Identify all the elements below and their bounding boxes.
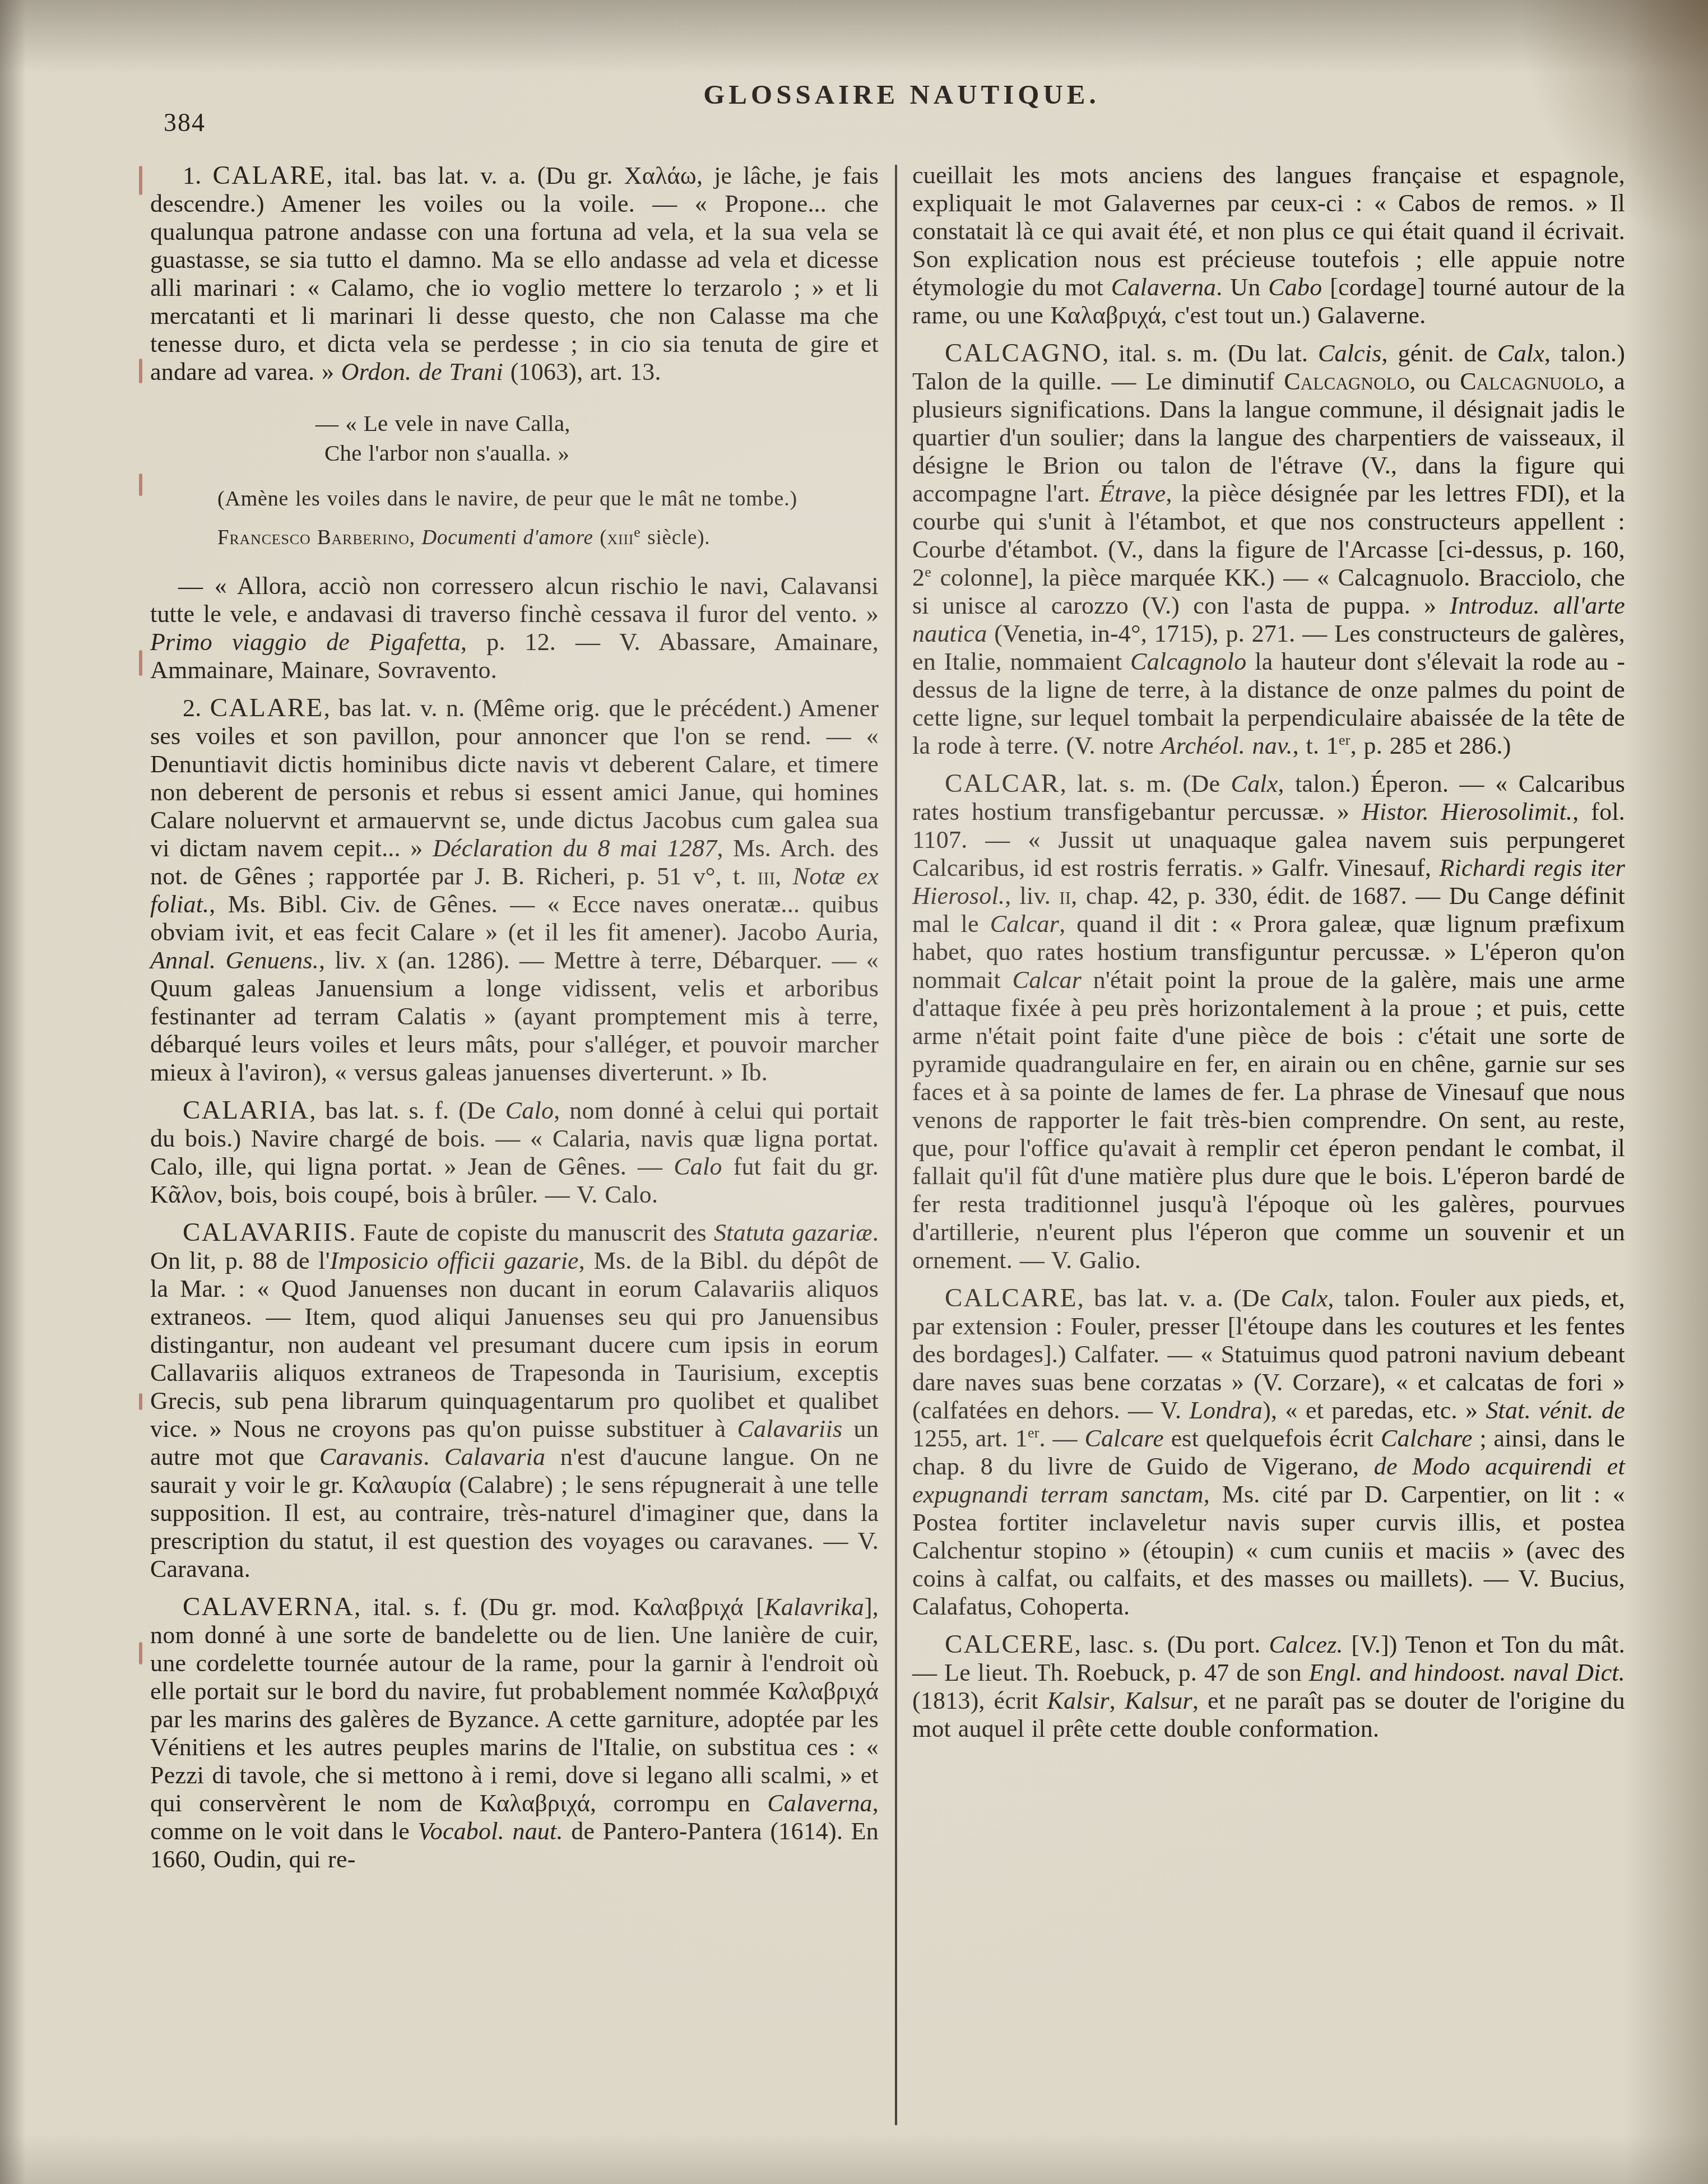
column-continuation: cueillait les mots anciens des langues f… (912, 161, 1625, 330)
entry-calare-1: 1. CALARE, ital. bas lat. v. a. (Du gr. … (150, 161, 879, 386)
text-segment: . (423, 1443, 444, 1471)
text-segment: Calaverna (767, 1789, 872, 1817)
text-segment: Calchare (1381, 1425, 1473, 1452)
entry-calaria: CALARIA, bas lat. s. f. (De Calo, nom do… (150, 1096, 879, 1209)
text-segment: Caravanis (319, 1443, 423, 1471)
text-segment: xiii (607, 526, 634, 549)
quote-pigafetta: — « Allora, acciò non corressero alcun r… (150, 572, 879, 684)
text-segment: Kalsur (1125, 1687, 1192, 1714)
text-segment: Calcagnuolo (1460, 368, 1598, 395)
text-segment: CALCAR (945, 769, 1060, 798)
column-divider-rule (895, 165, 897, 2125)
text-segment: Déclaration du 8 mai 1287 (433, 834, 717, 862)
ink-mark (139, 166, 142, 195)
text-segment: Stat. vénit. de (1486, 1397, 1625, 1424)
text-segment: CALCARE (945, 1283, 1078, 1313)
right-column: cueillait les mots anciens des langues f… (912, 161, 1625, 1874)
text-segment: siècle). (641, 526, 711, 549)
text-segment: 2. (183, 694, 210, 722)
text-segment: er (1028, 1425, 1039, 1441)
text-segment: Calx (1497, 340, 1544, 367)
verse-attribution: Francesco Barberino, Documenti d'amore (… (217, 525, 879, 551)
ink-mark (139, 359, 142, 383)
text-segment: Calcar (990, 910, 1059, 938)
text-segment: , liv. (319, 947, 375, 974)
text-segment: Calx (1231, 770, 1278, 797)
verse-line: Che l'arbor non s'aualla. » (324, 438, 879, 468)
text-segment: (Amène les voiles dans le navire, de peu… (217, 487, 797, 511)
text-segment: 1255, art. 1 (912, 1425, 1028, 1452)
text-segment: . Faute de copiste du manuscrit des (350, 1219, 714, 1246)
entry-calavariis: CALAVARIIS. Faute de copiste du manuscri… (150, 1218, 879, 1583)
text-segment: Calavariis (737, 1415, 842, 1443)
text-segment: Calcis (1318, 340, 1382, 367)
entry-calaverna: CALAVERNA, ital. s. f. (Du gr. mod. Καλα… (150, 1593, 879, 1874)
text-segment: CALARE (210, 693, 324, 722)
text-segment: , t. 1 (1293, 732, 1339, 759)
text-segment: e (925, 564, 931, 580)
text-segment: , ital. bas lat. v. a. (Du gr. Χαλάω, je… (150, 162, 879, 386)
text-segment: CALCERE (945, 1630, 1075, 1659)
text-segment: Londra (1189, 1397, 1263, 1424)
text-segment: Vocabol. naut. (418, 1817, 563, 1845)
text-segment: , p. 285 et 286.) (1350, 732, 1511, 759)
text-segment: , (1110, 1687, 1125, 1714)
text-segment: Calavaria (444, 1443, 545, 1471)
text-segment: , (775, 863, 792, 890)
text-segment: , ou (1409, 368, 1460, 395)
text-segment: CALARIA (183, 1096, 309, 1125)
text-segment: ), « et paredas, etc. » (1263, 1397, 1486, 1424)
text-segment: (1813), écrit (912, 1687, 1047, 1714)
text-segment: Kalavrika (764, 1593, 864, 1621)
text-segment: Primo viaggio de Pigafetta (150, 628, 461, 656)
text-segment: er (1339, 732, 1350, 748)
text-segment: Cabo (1268, 273, 1322, 301)
text-segment: Kalsir (1047, 1687, 1110, 1714)
text-segment: CALCAGNO (945, 339, 1102, 368)
running-title: GLOSSAIRE NAUTIQUE. (0, 78, 1708, 110)
text-segment: Engl. and hindoost. naval Dict. (1309, 1659, 1625, 1686)
text-segment: CALAVERNA (183, 1592, 354, 1621)
text-segment: Calcare (1084, 1425, 1164, 1452)
ink-mark (139, 474, 142, 496)
text-segment: Calcez. (1269, 1631, 1343, 1658)
text-segment: ii (1059, 882, 1071, 910)
text-segment: . Un (1216, 273, 1268, 301)
text-segment: Calo (674, 1153, 722, 1180)
text-segment: CALARE (212, 161, 326, 190)
text-segment: , lat. s. m. (De (1060, 770, 1231, 797)
text-segment: , lasc. s. (Du port. (1075, 1631, 1269, 1658)
text-segment: n'était point la proue de la galère, mai… (912, 966, 1625, 1274)
text-segment: Imposicio officii gazarie (330, 1247, 579, 1274)
text-segment: Calo (505, 1097, 554, 1124)
text-segment: e (634, 524, 640, 540)
entry-calcere: CALCERE, lasc. s. (Du port. Calcez. [V.]… (912, 1630, 1625, 1743)
text-segment: ], nom donné à une sorte de bandelette o… (150, 1593, 879, 1817)
text-segment: , ital. s. m. (Du lat. (1102, 340, 1318, 367)
text-segment: Calcagnolo (1284, 368, 1409, 395)
text-segment: , Ms. Bibl. Civ. de Gênes. — « Ecce nave… (150, 891, 879, 946)
text-segment: Che l'arbor non s'aualla. » (324, 440, 569, 466)
text-segment: Documenti d'amore (421, 526, 593, 549)
text-segment: Calx (1281, 1285, 1328, 1312)
entry-calcagno: CALCAGNO, ital. s. m. (Du lat. Calcis, g… (912, 339, 1625, 760)
text-segment: ( (593, 526, 607, 549)
entry-calare-2: 2. CALARE, bas lat. v. n. (Même orig. qu… (150, 694, 879, 1087)
text-segment: Ordon. de Trani (341, 358, 503, 386)
text-segment: — « Le vele in nave Calla, (315, 410, 570, 436)
text-segment: Archéol. nav. (1161, 732, 1293, 759)
text-segment: , bas lat. v. a. (De (1078, 1285, 1281, 1312)
text-segment: iii (758, 863, 776, 890)
ink-mark (139, 1393, 142, 1410)
text-segment: Calaverna (1111, 273, 1217, 301)
text-segment: 1. (183, 162, 212, 189)
text-segment: est quelquefois écrit (1164, 1425, 1381, 1452)
text-segment: x (375, 947, 388, 974)
text-segment: , liv. (1005, 882, 1059, 910)
text-columns: 1. CALARE, ital. bas lat. v. a. (Du gr. … (150, 161, 1625, 1874)
text-segment: , ital. s. f. (Du gr. mod. Καλαβριχά [ (354, 1593, 764, 1621)
ink-mark (139, 650, 142, 676)
text-segment: — « Allora, acciò non corressero alcun r… (150, 572, 879, 628)
entry-calcare: CALCARE, bas lat. v. a. (De Calx, talon.… (912, 1284, 1625, 1621)
left-column: 1. CALARE, ital. bas lat. v. a. (Du gr. … (150, 161, 879, 1874)
text-segment: , (410, 526, 422, 549)
scanned-book-page: 384 GLOSSAIRE NAUTIQUE. 1. CALARE, ital.… (0, 0, 1708, 2184)
text-segment: Étrave (1099, 480, 1166, 507)
verse-quote: — « Le vele in nave Calla,Che l'arbor no… (315, 409, 879, 468)
text-segment: Francesco Barberino (217, 526, 410, 549)
ink-mark (139, 1642, 142, 1664)
text-segment: (1063), art. 13. (503, 358, 661, 386)
entry-calcar: CALCAR, lat. s. m. (De Calx, talon.) Épe… (912, 769, 1625, 1274)
text-segment: Statuta gazariæ (714, 1219, 872, 1246)
text-segment: , Ms. de la Bibl. du dépôt de la Mar. : … (150, 1247, 879, 1443)
verse-translation: (Amène les voiles dans le navire, de peu… (217, 486, 879, 512)
text-segment: Annal. Genuens. (150, 947, 319, 974)
text-segment: . — (1039, 1425, 1085, 1452)
text-segment: , bas lat. s. f. (De (309, 1097, 505, 1124)
text-segment: Histor. Hierosolimit. (1362, 798, 1572, 826)
text-segment: Calcagnolo (1130, 648, 1246, 675)
text-segment: , génit. de (1382, 340, 1498, 367)
page-number: 384 (164, 108, 206, 137)
verse-line: — « Le vele in nave Calla, (315, 409, 879, 438)
text-segment: Calcar (1013, 966, 1082, 994)
text-segment: CALAVARIIS (183, 1218, 350, 1247)
